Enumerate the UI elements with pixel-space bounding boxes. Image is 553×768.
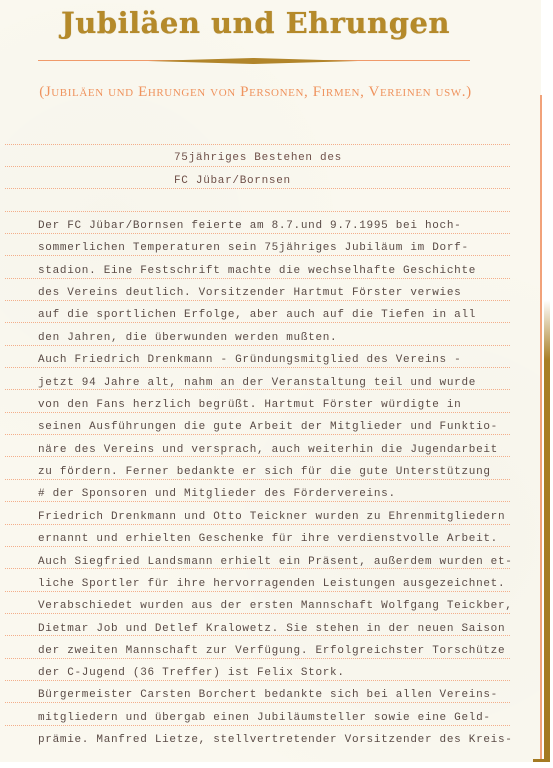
- ruled-line: [5, 367, 510, 368]
- article-line: Friedrich Drenkmann und Otto Teickner wu…: [38, 510, 505, 524]
- article-line: ernannt und erhielten Geschenke für ihre…: [38, 532, 498, 546]
- article-line: prämie. Manfred Lietze, stellvertretende…: [38, 733, 513, 747]
- article-line: seinen Ausführungen die gute Arbeit der …: [38, 420, 498, 434]
- ruled-line: [5, 166, 510, 167]
- ruled-line: [5, 211, 510, 212]
- ruled-line: [5, 188, 510, 189]
- article-line: auf die sportlichen Erfolge, aber auch a…: [38, 308, 476, 322]
- article-line: den Jahren, die überwunden werden mußten…: [38, 331, 337, 345]
- article-line: liche Sportler für ihre hervorragenden L…: [38, 577, 505, 591]
- article-line: # der Sponsoren und Mitglieder des Förde…: [38, 487, 396, 501]
- ruled-line: [5, 255, 510, 256]
- ornamental-divider: [38, 58, 470, 64]
- ruled-line: [5, 501, 510, 502]
- article-line: Dietmar Job und Detlef Kralowetz. Sie st…: [38, 622, 505, 636]
- article-heading-line-1: 75jähriges Bestehen des: [174, 151, 342, 165]
- right-border-orange: [540, 95, 542, 762]
- article-line: Bürgermeister Carsten Borchert bedankte …: [38, 688, 498, 702]
- ruled-line: [5, 300, 510, 301]
- article-line: stadion. Eine Festschrift machte die wec…: [38, 264, 476, 278]
- article-line: des Vereins deutlich. Vorsitzender Hartm…: [38, 286, 461, 300]
- article-line: Auch Siegfried Landsmann erhielt ein Prä…: [38, 555, 513, 569]
- right-border-gold: [544, 300, 550, 762]
- article-line: jetzt 94 Jahre alt, nahm an der Veransta…: [38, 376, 476, 390]
- article-line: zu fördern. Ferner bedankte er sich für …: [38, 465, 491, 479]
- article-line: der zweiten Mannschaft zur Verfügung. Er…: [38, 644, 505, 658]
- ruled-line: [5, 680, 510, 681]
- ruled-line: [5, 434, 510, 435]
- document-page: Jubiläen und Ehrungen (Jubiläen und Ehru…: [0, 0, 541, 762]
- article-heading-line-2: FC Jübar/Bornsen: [174, 174, 291, 188]
- ruled-line: [5, 144, 510, 145]
- article-line: Auch Friedrich Drenkmann - Gründungsmitg…: [38, 353, 461, 367]
- article-line: Verabschiedet wurden aus der ersten Mann…: [38, 599, 513, 613]
- article-line: Der FC Jübar/Bornsen feierte am 8.7.und …: [38, 219, 461, 233]
- divider-diamond: [148, 58, 358, 64]
- ruled-line: [5, 322, 510, 323]
- article-line: näre des Vereins und versprach, auch wei…: [38, 443, 498, 457]
- article-line: von den Fans herzlich begrüßt. Hartmut F…: [38, 398, 461, 412]
- article-line: der C-Jugend (36 Treffer) ist Felix Stor…: [38, 666, 345, 680]
- article-line: sommerlichen Temperaturen sein 75jährige…: [38, 241, 469, 255]
- bottom-border-gold: [533, 759, 550, 762]
- page-subtitle: (Jubiläen und Ehrungen von Personen, Fir…: [0, 84, 511, 101]
- page-title: Jubiläen und Ehrungen: [0, 6, 511, 40]
- article-line: mitgliedern und übergab einen Jubiläumst…: [38, 711, 491, 725]
- ruled-line: [5, 702, 510, 703]
- ruled-line: [5, 233, 510, 234]
- ruled-line: [5, 613, 510, 614]
